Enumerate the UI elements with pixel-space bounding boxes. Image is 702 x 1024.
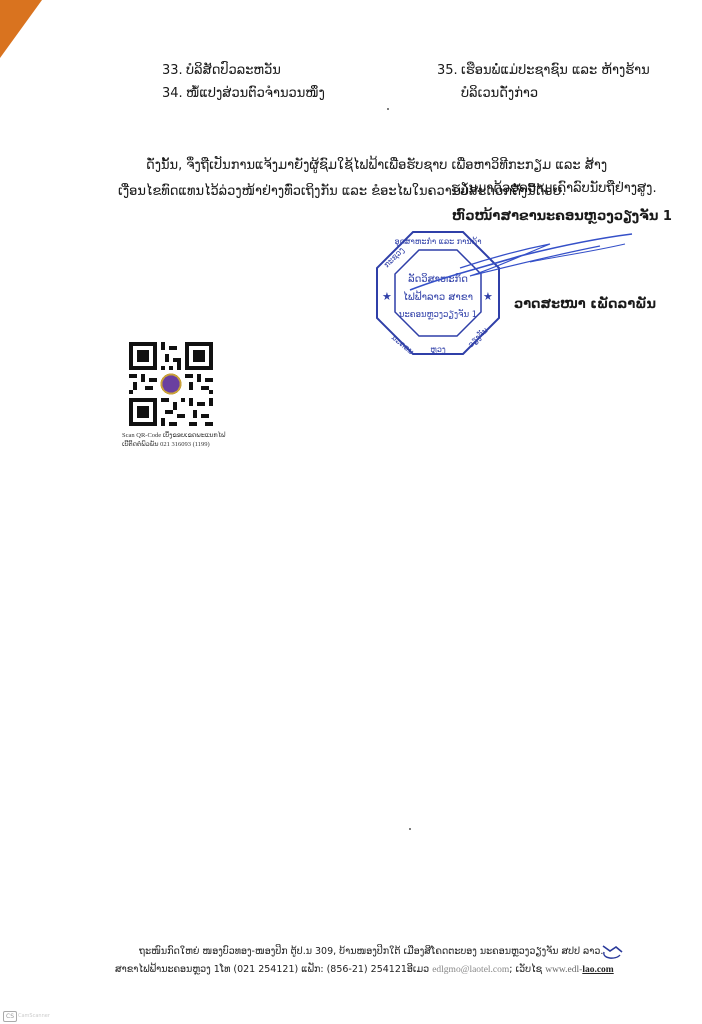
signature [400, 228, 640, 298]
page-corner-fold [0, 0, 42, 58]
scan-speck [387, 108, 389, 110]
qr-code[interactable] [129, 342, 213, 426]
scanner-watermark: CamScanner [18, 1013, 50, 1019]
footer-contact: ສາຂາໄຟຟ້ານະຄອນຫຼວງ 1ໂທ (021 254121) ແຟັກ… [115, 964, 614, 975]
signatory-name: ວາດສະໜາ ເພັດລາພັນ [514, 296, 656, 314]
footer-email[interactable]: edlgmo@laotel.com [432, 965, 509, 975]
stamp-star-left-icon: ★ [382, 290, 392, 303]
svg-text:ວຽງຈັນ: ວຽງຈັນ [465, 325, 490, 350]
list-item-33: 33.ບໍລິສັດປົວລະຫວັນ [162, 62, 281, 80]
edl-logo-icon [600, 943, 624, 961]
svg-text:ນະຄອນຫຼວງວຽງຈັນ 1: ນະຄອນຫຼວງວຽງຈັນ 1 [399, 309, 477, 320]
svg-text:ຫຼວງ: ຫຼວງ [430, 345, 446, 355]
svg-text:ນະຄອນ: ນະຄອນ [390, 333, 416, 357]
scan-speck [409, 828, 411, 830]
scanner-badge: CS [3, 1011, 17, 1022]
closing-salutation: ຮຽນມາດ້ວຍຄວາມເຄົາລົບນັບຖືຢ່າງສູງ. [451, 180, 657, 198]
signatory-title: ຫົວໜ້າສາຂານະຄອນຫຼວງວຽງຈັນ 1 [452, 208, 672, 226]
footer-address: ຖະໜົນກົດໃຫຍ່ ໜອງບົວທອງ-ໜອງປິກ ຕູ້ປ.ນ 309… [139, 946, 603, 957]
qr-caption: Scan QR-Code ເບິ່ງຂອບເຂດພະແນກໄຟ ເບີຕິດຕໍ… [122, 431, 225, 449]
list-item-35: 35.ເຮືອນພໍ່ແມ່ປະຊາຊົນ ແລະ ຫ້າງຮ້ານ [437, 62, 650, 80]
list-item-34: 34.ໜໍ້ແປງສ່ວນຕົວຈໍານວນໜຶ່ງ [162, 85, 325, 103]
qr-logo-icon [161, 374, 180, 393]
list-item-35-continued: ບໍລິເວນດັ່ງກ່າວ [461, 85, 538, 103]
footer-website[interactable]: www.edl-lao.com [545, 965, 614, 975]
